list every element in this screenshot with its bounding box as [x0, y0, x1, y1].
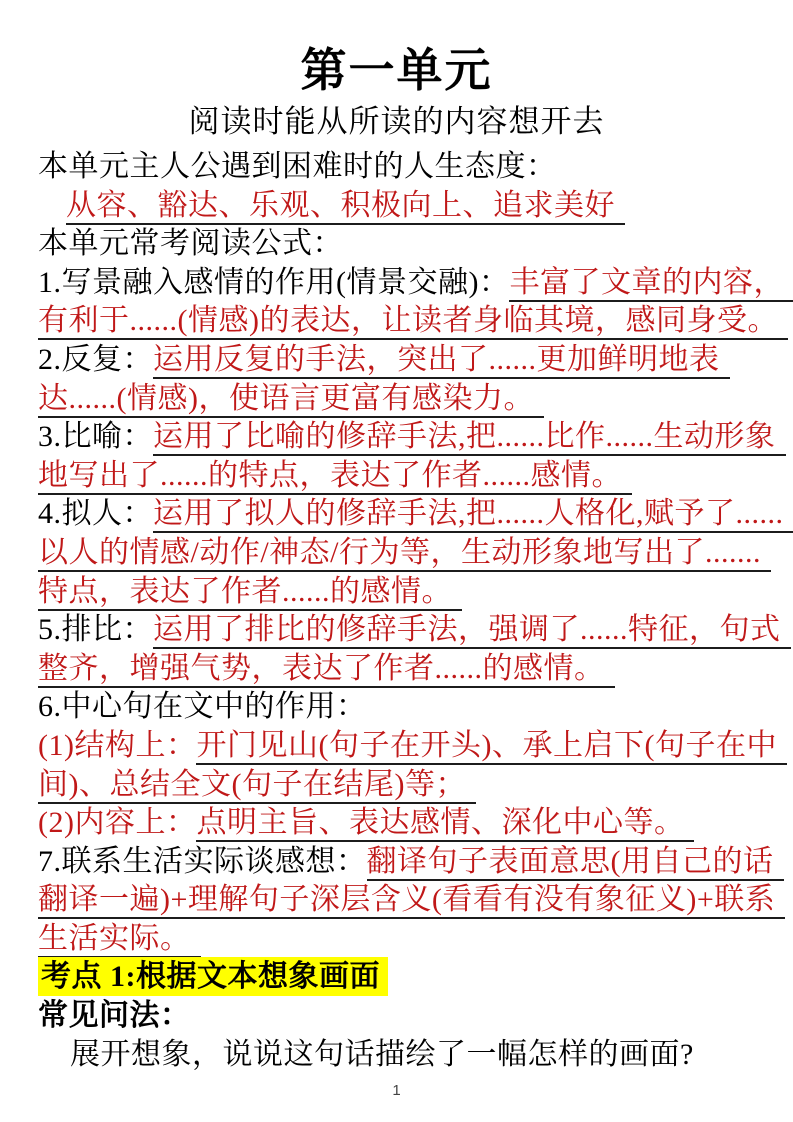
text-line: 生活实际。 — [38, 920, 759, 959]
text-line: 5.排比：运用了排比的修辞手法，强调了......特征，句式 — [38, 611, 759, 650]
text-line: 6.中心句在文中的作用： — [38, 688, 759, 727]
text-line: 7.联系生活实际谈感想：翻译句子表面意思(用自己的话 — [38, 843, 759, 882]
page-title: 第一单元 — [0, 0, 793, 100]
text-segment: 常见问法： — [38, 999, 191, 1032]
text-segment: 从容、豁达、乐观、积极向上、追求美好 — [66, 189, 625, 225]
text-segment: 运用了拟人的修辞手法,把......人格化,赋予了...... — [153, 497, 793, 533]
text-line: 1.写景融入感情的作用(情景交融)：丰富了文章的内容， — [38, 264, 759, 303]
text-segment: 生活实际。 — [38, 922, 201, 958]
text-segment: 6.中心句在文中的作用： — [38, 690, 367, 723]
text-segment: 运用反复的手法，突出了......更加鲜明地表 — [153, 343, 730, 379]
text-line: 考点 1:根据文本想象画面 — [38, 958, 759, 997]
text-segment: 翻译一遍)+理解句子深层含义(看看有没有象征义)+联系 — [38, 883, 785, 919]
text-line: 2.反复：运用反复的手法，突出了......更加鲜明地表 — [38, 341, 759, 380]
text-line: 4.拟人：运用了拟人的修辞手法,把......人格化,赋予了...... — [38, 495, 759, 534]
text-segment: 地写出了......的特点，表达了作者......感情。 — [38, 459, 632, 495]
text-segment: 4.拟人： — [38, 497, 153, 530]
text-segment: 3.比喻： — [38, 420, 153, 453]
text-segment: (1)结构上： — [38, 729, 196, 762]
page-number: 1 — [0, 1082, 793, 1099]
text-segment: 翻译句子表面意思(用自己的话 — [367, 845, 784, 881]
text-line: 特点，表达了作者......的感情。 — [38, 573, 759, 612]
document-page: 第一单元 阅读时能从所读的内容想开去 本单元主人公遇到困难时的人生态度：从容、豁… — [0, 0, 793, 1122]
text-line: 以人的情感/动作/神态/行为等，生动形象地写出了....... — [38, 534, 759, 573]
text-segment: 丰富了文章的内容， — [509, 266, 793, 302]
text-segment: 整齐，增强气势，表达了作者......的感情。 — [38, 652, 615, 688]
text-segment: 本单元常考阅读公式： — [38, 227, 343, 260]
text-segment: 间)、总结全文(句子在结尾)等； — [38, 768, 476, 804]
page-subtitle: 阅读时能从所读的内容想开去 — [0, 100, 793, 144]
text-segment: 以人的情感/动作/神态/行为等，生动形象地写出了....... — [38, 536, 771, 572]
text-segment: 7.联系生活实际谈感想： — [38, 845, 367, 878]
text-segment: 有利于......(情感)的表达，让读者身临其境，感同身受。 — [38, 304, 788, 340]
text-segment: 1.写景融入感情的作用(情景交融)： — [38, 266, 509, 299]
text-line: (2)内容上：点明主旨、表达感情、深化中心等。 — [38, 804, 759, 843]
text-line: 本单元常考阅读公式： — [38, 225, 759, 264]
text-line: 本单元主人公遇到困难时的人生态度： — [38, 148, 759, 187]
text-line: 整齐，增强气势，表达了作者......的感情。 — [38, 650, 759, 689]
text-line: 展开想象，说说这句话描绘了一幅怎样的画面? — [38, 1036, 759, 1075]
text-segment: 展开想象，说说这句话描绘了一幅怎样的画面? — [70, 1038, 694, 1071]
text-line: 间)、总结全文(句子在结尾)等； — [38, 766, 759, 805]
text-segment: 运用了比喻的修辞手法,把......比作......生动形象 — [153, 420, 786, 456]
text-line: 地写出了......的特点，表达了作者......感情。 — [38, 457, 759, 496]
text-segment: 运用了排比的修辞手法，强调了......特征，句式 — [153, 613, 791, 649]
document-body: 本单元主人公遇到困难时的人生态度：从容、豁达、乐观、积极向上、追求美好本单元常考… — [0, 144, 793, 1074]
text-segment: 考点 1:根据文本想象画面 — [38, 957, 388, 996]
text-line: 翻译一遍)+理解句子深层含义(看看有没有象征义)+联系 — [38, 881, 759, 920]
text-line: 常见问法： — [38, 997, 759, 1036]
text-segment: 5.排比： — [38, 613, 153, 646]
text-line: 从容、豁达、乐观、积极向上、追求美好 — [38, 187, 759, 226]
text-segment: 开门见山(句子在开头)、承上启下(句子在中 — [196, 729, 786, 765]
text-segment: 2.反复： — [38, 343, 153, 376]
text-segment: 达......(情感)，使语言更富有感染力。 — [38, 382, 544, 418]
text-segment: (2)内容上： — [38, 806, 196, 839]
text-line: (1)结构上：开门见山(句子在开头)、承上启下(句子在中 — [38, 727, 759, 766]
text-line: 达......(情感)，使语言更富有感染力。 — [38, 380, 759, 419]
text-line: 有利于......(情感)的表达，让读者身临其境，感同身受。 — [38, 302, 759, 341]
text-segment: 特点，表达了作者......的感情。 — [38, 575, 462, 611]
text-segment: 点明主旨、表达感情、深化中心等。 — [196, 806, 694, 842]
text-segment: 本单元主人公遇到困难时的人生态度： — [38, 150, 557, 183]
text-line: 3.比喻：运用了比喻的修辞手法,把......比作......生动形象 — [38, 418, 759, 457]
